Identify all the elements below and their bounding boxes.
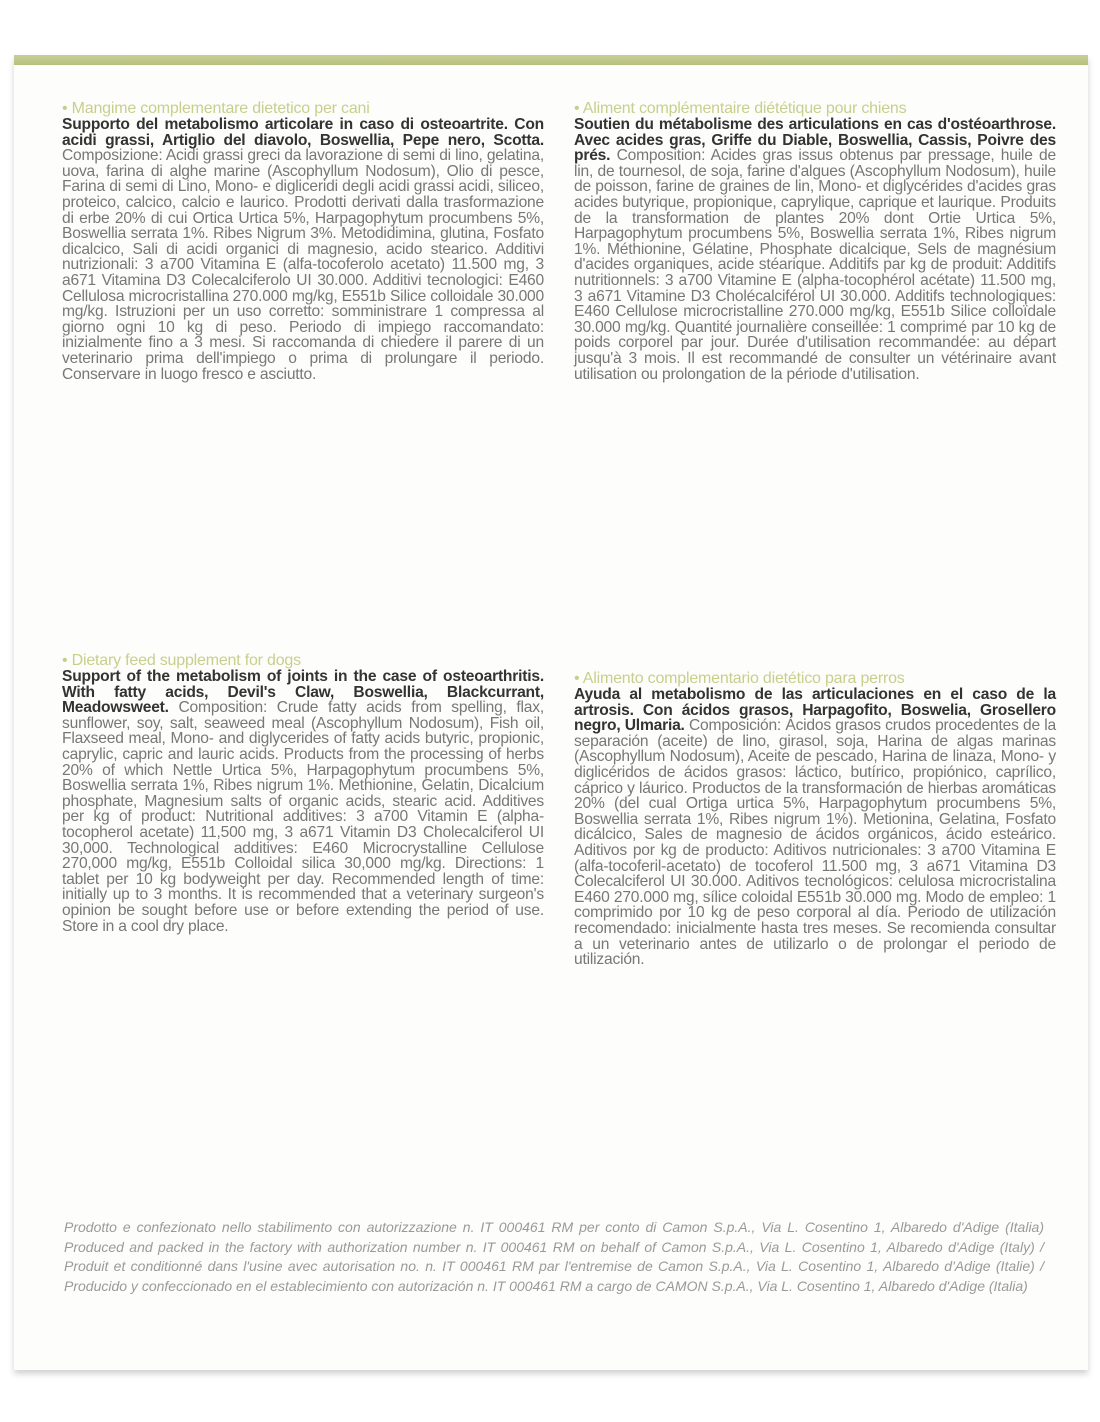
section-spanish: • Alimento complementario dietético para… <box>574 671 1056 968</box>
section-english: • Dietary feed supplement for dogs Suppo… <box>62 653 544 934</box>
section-french: • Aliment complémentaire diététique pour… <box>574 101 1056 382</box>
section-body: Composición: Ácidos grasos crudos proced… <box>574 717 1056 968</box>
section-title: • Dietary feed supplement for dogs <box>62 652 301 669</box>
product-label-panel: • Mangime complementare dietetico per ca… <box>14 55 1088 1370</box>
section-lead: Supporto del metabolismo articolare in c… <box>62 116 544 149</box>
section-body: Composition: Acides gras issus obtenus p… <box>574 147 1056 382</box>
manufacturer-footer: Prodotto e confezionato nello stabilimen… <box>64 1218 1044 1296</box>
section-body: Composizione: Acidi grassi greci da lavo… <box>62 147 544 382</box>
section-body: Composition: Crude fatty acids from spel… <box>62 699 544 934</box>
section-italian: • Mangime complementare dietetico per ca… <box>62 101 544 382</box>
section-title: • Alimento complementario dietético para… <box>574 670 905 687</box>
label-top-band <box>14 55 1088 65</box>
section-title: • Aliment complémentaire diététique pour… <box>574 100 906 117</box>
section-title: • Mangime complementare dietetico per ca… <box>62 100 370 117</box>
